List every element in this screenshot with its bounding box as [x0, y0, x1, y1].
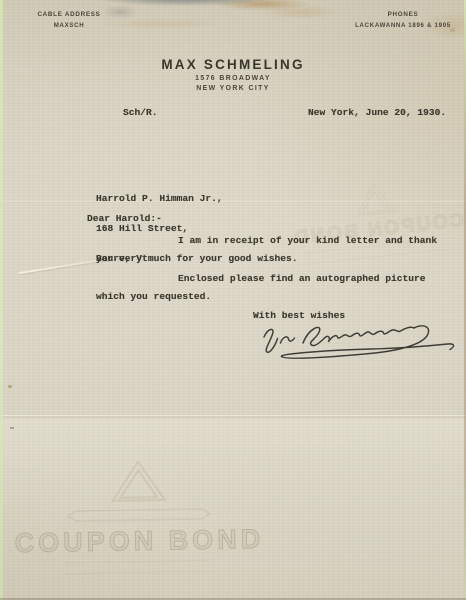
watermark-origin-line	[65, 560, 215, 575]
recipient-address: Harrold P. Himman Jr., 168 Hill Street, …	[96, 174, 223, 284]
watermark-triangle-icon	[351, 180, 398, 218]
cable-address-label: CABLE ADDRESS	[37, 11, 100, 18]
cable-address-block: CABLE ADDRESS MAXSCH	[18, 12, 120, 29]
paper-speck	[10, 427, 14, 429]
phones-block: PHONES LACKAWANNA 1896 & 1905	[344, 12, 462, 29]
dateline: New York, June 20, 1930.	[308, 108, 446, 118]
watermark-ribbon-icon	[64, 505, 214, 526]
watermark-mid: COUPON BOND	[279, 172, 466, 266]
phones-value: LACKAWANNA 1896 & 1905	[344, 23, 462, 29]
letterhead-street: 1576 BROADWAY	[0, 76, 466, 83]
cable-address-value: MAXSCH	[18, 23, 120, 29]
phones-label: PHONES	[388, 11, 419, 18]
fold-line-upper	[0, 201, 466, 203]
recipient-name: Harrold P. Himman Jr.,	[96, 194, 223, 204]
salutation: Dear Harold:-	[87, 214, 162, 224]
body-paragraph1-line1: I am in receipt of your kind letter and …	[178, 236, 437, 246]
body-paragraph2-line2: which you requested.	[96, 292, 211, 302]
handwritten-signature	[251, 315, 463, 367]
letter-page: COUPON BOND COUPON BOND CABLE ADDRESS MA…	[0, 0, 466, 600]
letterhead-city: NEW YORK CITY	[0, 86, 466, 93]
fold-line-lower	[0, 415, 466, 417]
paper-speck	[8, 385, 12, 388]
watermark-brand-text: COUPON BOND	[14, 526, 264, 557]
body-paragraph2-line1: Enclosed please find an autographed pict…	[178, 274, 426, 284]
letterhead-center: MAX SCHMELING 1576 BROADWAY NEW YORK CIT…	[0, 58, 466, 93]
reference-initials: Sch/R.	[123, 108, 158, 118]
recipient-street: 168 Hill Street,	[96, 224, 223, 234]
watermark-triangle-icon	[109, 458, 168, 505]
watermark-bottom: COUPON BOND	[13, 456, 265, 575]
letterhead-name: MAX SCHMELING	[0, 58, 466, 72]
body-paragraph1-line2: you very much for your good wishes.	[96, 254, 298, 264]
